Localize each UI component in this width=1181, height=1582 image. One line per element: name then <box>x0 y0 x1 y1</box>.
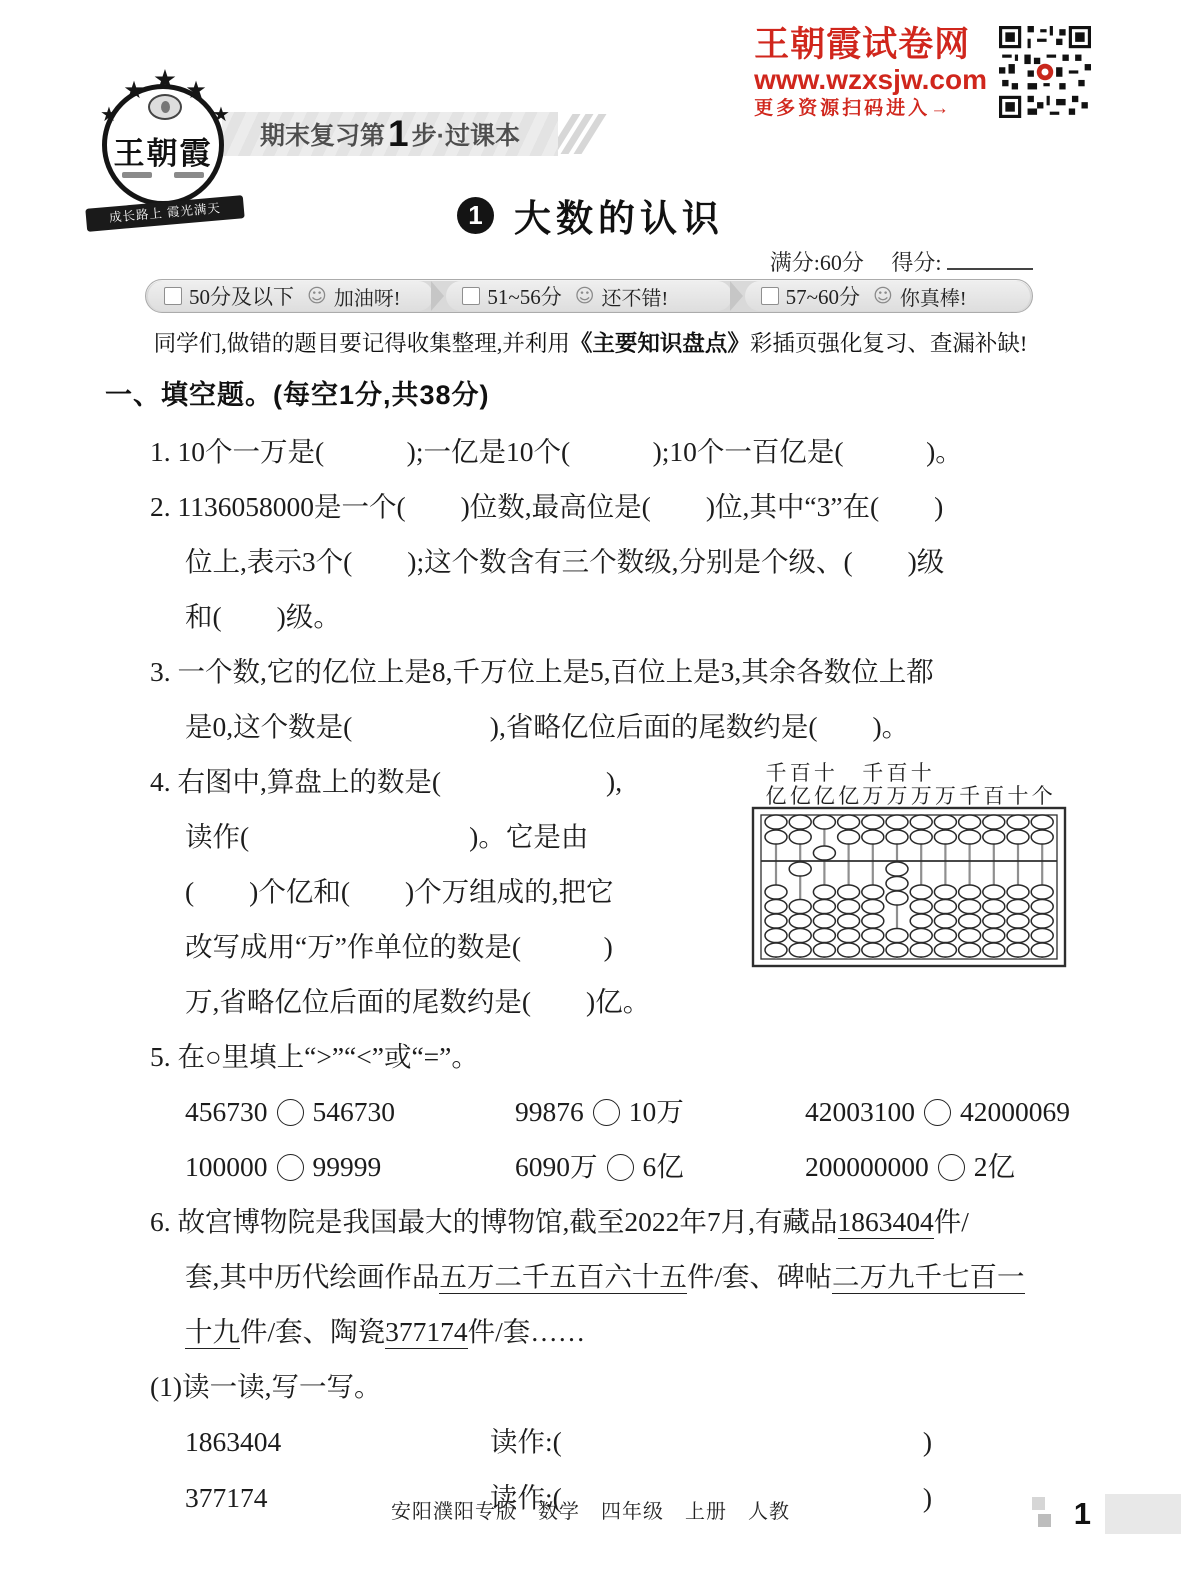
comparison-blank-circle[interactable] <box>924 1099 951 1126</box>
question-2-line: 位上,表示3个( );这个数含有三个数级,分别是个级、( )级 <box>105 534 1080 589</box>
svg-text:百: 百 <box>887 761 908 785</box>
badge-micro-text <box>122 172 152 178</box>
comparison-item: 2000000002亿 <box>805 1139 1080 1194</box>
question-5-grid: 4567305467309987610万42003100420000691000… <box>105 1084 1080 1194</box>
question-3-line: 是0,这个数是( ),省略亿位后面的尾数约是( )。 <box>105 699 1080 754</box>
title-text: 大数的认识 <box>514 188 724 242</box>
svg-text:亿: 亿 <box>814 784 835 808</box>
comparison-left-value: 99876 <box>515 1096 584 1127</box>
comparison-right-value: 10万 <box>629 1096 684 1127</box>
footer-edition-text: 安阳濮阳专版 数学 四年级 上册 人教 <box>0 1495 1181 1524</box>
main-content: 一、填空题。(每空1分,共38分) 1. 10个一万是( );一亿是10个( )… <box>105 372 1080 1526</box>
brand-site-name: 王朝霞试卷网 <box>754 26 987 64</box>
question-2-line: 2. 1136058000是一个( )位数,最高位是( )位,其中“3”在( ) <box>105 479 1080 534</box>
q6-text: 件/ <box>934 1206 969 1237</box>
brand-site-url: www.wzxsjw.com <box>754 64 987 96</box>
got-score-label: 得分: <box>891 250 941 275</box>
header-banner: 期末复习第 1 步·过课本 <box>222 112 558 156</box>
comparison-right-value: 42000069 <box>960 1096 1070 1127</box>
comparison-blank-circle[interactable] <box>938 1154 965 1181</box>
smiley-face-icon: ☺ <box>307 285 327 307</box>
comparison-right-value: 546730 <box>313 1096 396 1127</box>
star-icon: ★ <box>185 76 207 104</box>
star-icon: ★ <box>212 102 230 126</box>
comparison-item: 456730546730 <box>185 1084 515 1139</box>
svg-text:万: 万 <box>887 784 908 808</box>
comparison-left-value: 456730 <box>185 1096 268 1127</box>
score-segment: 57~60分☺你真棒! <box>745 281 1030 311</box>
comparison-item: 6090万6亿 <box>515 1139 805 1194</box>
question-6-block: 6. 故宫博物院是我国最大的博物馆,截至2022年7月,有藏品1863404件/… <box>105 1194 1080 1359</box>
section-1-heading: 一、填空题。(每空1分,共38分) <box>105 372 1080 418</box>
closing-paren: ) <box>923 1414 932 1470</box>
svg-text:千: 千 <box>766 761 787 785</box>
comparison-right-value: 6亿 <box>643 1151 684 1182</box>
corner-decoration <box>1032 1497 1066 1531</box>
q6-text: 件/套…… <box>468 1316 586 1347</box>
score-line: 满分:60分 得分: <box>770 246 1033 277</box>
svg-text:百: 百 <box>983 784 1004 808</box>
score-checkbox[interactable] <box>164 287 182 305</box>
svg-text:十: 十 <box>911 761 932 785</box>
score-checkbox[interactable] <box>761 287 779 305</box>
comparison-blank-circle[interactable] <box>593 1099 620 1126</box>
notice-book-title: 《主要知识盘点》 <box>570 331 750 356</box>
score-praise-label: 加油呀! <box>334 282 401 311</box>
svg-text:亿: 亿 <box>766 784 787 808</box>
smiley-face-icon: ☺ <box>575 285 595 307</box>
read-as-label: 读作:( <box>490 1414 562 1470</box>
q6-underlined-value: 二万九千七百一 <box>832 1261 1025 1294</box>
star-icon: ★ <box>123 76 145 104</box>
comparison-item: 4200310042000069 <box>805 1084 1080 1139</box>
comparison-right-value: 2亿 <box>974 1151 1015 1182</box>
banner-slashes-decoration <box>560 114 594 154</box>
page-corner: 1 <box>1032 1492 1181 1536</box>
full-score-label: 满分:60分 <box>770 250 864 275</box>
smiley-face-icon: ☺ <box>873 285 893 307</box>
badge-micro-text <box>174 172 204 178</box>
question-5-intro: 5. 在○里填上“>”“<”或“=”。 <box>105 1029 1080 1084</box>
svg-text:个: 个 <box>1032 784 1053 808</box>
star-icon: ★ <box>153 65 177 96</box>
svg-text:百: 百 <box>790 761 811 785</box>
question-4-line: 万,省略亿位后面的尾数约是( )亿。 <box>105 974 1080 1029</box>
svg-text:亿: 亿 <box>790 784 811 808</box>
banner-step-number: 1 <box>388 114 409 154</box>
svg-text:万: 万 <box>935 784 956 808</box>
score-blank-line[interactable] <box>947 250 1033 270</box>
question-4-block: 千百十千百十亿亿亿亿万万万万千百十个 4. 右图中,算盘上的数是( ), 读作(… <box>105 754 1080 1029</box>
q6-underlined-value: 十九 <box>185 1316 240 1349</box>
brand-qr-caption: 更多资源扫码进入→ <box>754 96 987 122</box>
comparison-right-value: 99999 <box>313 1151 382 1182</box>
q6-underlined-value: 五万二千五百六十五 <box>439 1261 687 1294</box>
q6-text: 件/套、碑帖 <box>687 1261 832 1292</box>
comparison-item: 10000099999 <box>185 1139 515 1194</box>
question-6-line: 十九件/套、陶瓷377174件/套…… <box>105 1304 1080 1359</box>
score-segment: 51~56分☺还不错! <box>446 281 731 311</box>
svg-text:亿: 亿 <box>838 784 859 808</box>
read-write-row: 1863404读作:() <box>105 1414 1080 1470</box>
svg-text:千: 千 <box>959 784 980 808</box>
score-checkbox[interactable] <box>462 287 480 305</box>
score-segment: 50分及以下☺加油呀! <box>148 281 433 311</box>
abacus-figure: 千百十千百十亿亿亿亿万万万万千百十个 <box>698 756 1090 976</box>
notice-line: 同学们,做错的题目要记得收集整理,并利用《主要知识盘点》彩插页强化复习、查漏补缺… <box>0 326 1181 358</box>
question-6-line: 套,其中历代绘画作品五万二千五百六十五件/套、碑帖二万九千七百一 <box>105 1249 1080 1304</box>
banner-suffix: 步·过课本 <box>412 116 520 152</box>
comparison-blank-circle[interactable] <box>607 1154 634 1181</box>
abacus-svg: 千百十千百十亿亿亿亿万万万万千百十个 <box>698 756 1090 971</box>
comparison-left-value: 6090万 <box>515 1151 598 1182</box>
comparison-left-value: 200000000 <box>805 1151 929 1182</box>
portrait-icon <box>148 94 182 120</box>
score-praise-label: 还不错! <box>602 282 669 311</box>
number-value: 1863404 <box>185 1414 490 1470</box>
svg-text:十: 十 <box>1008 784 1029 808</box>
comparison-left-value: 100000 <box>185 1151 268 1182</box>
question-2-line: 和( )级。 <box>105 589 1080 644</box>
score-range-label: 57~60分 <box>786 281 860 311</box>
question-1: 1. 10个一万是( );一亿是10个( );10个一百亿是( )。 <box>105 424 1080 479</box>
q6-underlined-value: 1863404 <box>838 1206 934 1239</box>
corner-bar <box>1105 1494 1181 1534</box>
sub-question-1-label: (1)读一读,写一写。 <box>105 1359 1080 1414</box>
badge-name: 王朝霞 <box>92 128 234 173</box>
banner-prefix: 期末复习第 <box>260 116 385 152</box>
score-range-label: 51~56分 <box>487 281 561 311</box>
q6-underlined-value: 377174 <box>385 1316 468 1349</box>
comparison-blank-circle[interactable] <box>277 1154 304 1181</box>
page-number: 1 <box>1074 1496 1091 1532</box>
title-number-badge: 1 <box>457 197 494 234</box>
score-range-label: 50分及以下 <box>189 281 294 311</box>
qr-code <box>999 26 1091 118</box>
notice-pre: 同学们,做错的题目要记得收集整理,并利用 <box>154 331 570 356</box>
comparison-left-value: 42003100 <box>805 1096 915 1127</box>
brand-texts: 王朝霞试卷网 www.wzxsjw.com 更多资源扫码进入→ <box>754 26 987 122</box>
segment-divider-icon <box>730 281 743 311</box>
comparison-blank-circle[interactable] <box>277 1099 304 1126</box>
score-praise-label: 你真棒! <box>900 282 967 311</box>
svg-text:千: 千 <box>862 761 883 785</box>
svg-text:万: 万 <box>911 784 932 808</box>
q6-text: 6. 故宫博物院是我国最大的博物馆,截至2022年7月,有藏品 <box>150 1206 838 1237</box>
question-6-line: 6. 故宫博物院是我国最大的博物馆,截至2022年7月,有藏品1863404件/ <box>105 1194 1080 1249</box>
q6-text: 套,其中历代绘画作品 <box>185 1261 439 1292</box>
svg-text:万: 万 <box>862 784 883 808</box>
publisher-badge: ★ ★ ★ ★ ★ 王朝霞 成长路上 霞光满天 <box>92 56 252 236</box>
brand-block: 王朝霞试卷网 www.wzxsjw.com 更多资源扫码进入→ <box>754 26 1091 122</box>
q6-text: 件/套、陶瓷 <box>240 1316 385 1347</box>
notice-post: 彩插页强化复习、查漏补缺! <box>750 331 1028 356</box>
score-range-bar: 50分及以下☺加油呀!51~56分☺还不错!57~60分☺你真棒! <box>145 279 1033 313</box>
question-3-line: 3. 一个数,它的亿位上是8,千万位上是5,百位上是3,其余各数位上都 <box>105 644 1080 699</box>
comparison-item: 9987610万 <box>515 1084 805 1139</box>
svg-text:十: 十 <box>814 761 835 785</box>
segment-divider-icon <box>431 281 444 311</box>
star-icon: ★ <box>100 102 118 126</box>
